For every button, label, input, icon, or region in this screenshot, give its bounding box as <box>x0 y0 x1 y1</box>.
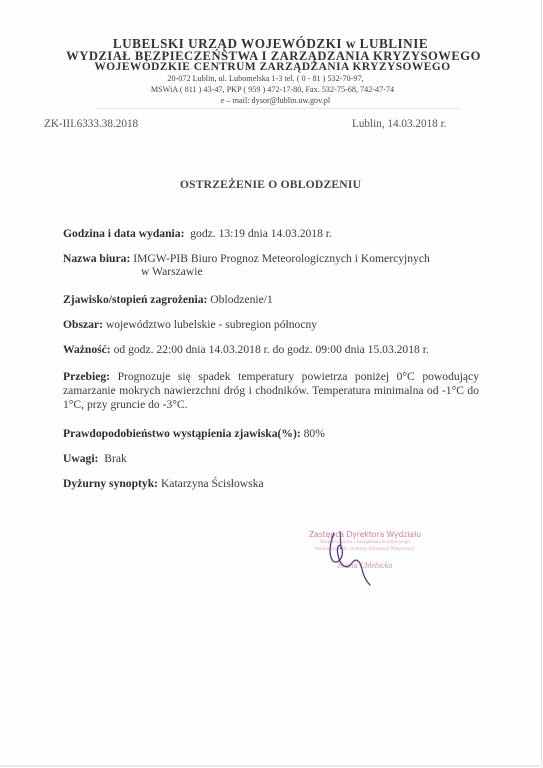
field-label: Nazwa biura: <box>63 252 130 265</box>
field-label: Godzina i data wydania: <box>63 227 184 240</box>
header-address: 20-072 Lublin, ul. Lubomelska 1-3 tel. (… <box>0 74 541 83</box>
header-phones: MSWiA ( 811 ) 43-47, PKP ( 959 ) 472-17-… <box>4 85 541 94</box>
signature-icon <box>300 527 430 587</box>
place-date: Lublin, 14.03.2018 r. <box>352 118 446 130</box>
field-value: od godz. 22:00 dnia 14.03.2018 r. do god… <box>114 343 429 356</box>
field-office: Nazwa biura: IMGW-PIB Biuro Prognoz Mete… <box>63 252 483 278</box>
header-divider <box>95 108 460 109</box>
field-remarks: Uwagi: Brak <box>63 452 127 465</box>
field-value: 80% <box>304 427 325 440</box>
document-page: LUBELSKI URZĄD WOJEWÓDZKI w LUBLINIE WYD… <box>0 0 542 767</box>
field-value: Katarzyna Ścisłowska <box>161 477 264 490</box>
field-forecaster: Dyżurny synoptyk: Katarzyna Ścisłowska <box>63 477 264 490</box>
field-value: Oblodzenie/1 <box>210 293 272 306</box>
field-probability: Prawdopodobieństwo wystąpienia zjawiska(… <box>63 427 325 440</box>
field-area: Obszar: województwo lubelskie - subregio… <box>63 318 317 331</box>
field-value: IMGW-PIB Biuro Prognoz Meteorologicznych… <box>133 252 430 265</box>
field-validity: Ważność: od godz. 22:00 dnia 14.03.2018 … <box>63 343 429 356</box>
field-value: Prognozuje się spadek temperatury powiet… <box>63 370 479 411</box>
header-email: e – mail: dysor@lublin.uw.gov.pl <box>10 96 541 105</box>
field-label: Obszar: <box>63 318 103 331</box>
field-value-continued: w Warszawie <box>63 265 483 278</box>
field-label: Ważność: <box>63 343 111 356</box>
field-issue-time: Godzina i data wydania: godz. 13:19 dnia… <box>63 227 332 240</box>
field-label: Prawdopodobieństwo wystąpienia zjawiska(… <box>63 427 301 440</box>
field-label: Dyżurny synoptyk: <box>63 477 158 490</box>
field-label: Przebieg: <box>63 370 110 383</box>
field-phenomenon: Zjawisko/stopień zagrożenia: Oblodzenie/… <box>63 293 273 306</box>
field-value: godz. 13:19 dnia 14.03.2018 r. <box>190 227 332 240</box>
field-value: województwo lubelskie - subregion północ… <box>106 318 317 331</box>
field-label: Uwagi: <box>63 452 98 465</box>
field-value: Brak <box>104 452 127 465</box>
field-course: Przebieg: Prognozuje się spadek temperat… <box>63 370 479 412</box>
reference-number: ZK-III.6333.38.2018 <box>44 118 138 130</box>
field-label: Zjawisko/stopień zagrożenia: <box>63 293 207 306</box>
header-center: WOJEWÓDZKIE CENTRUM ZARZĄDZANIA KRYZYSOW… <box>4 61 541 73</box>
document-title: OSTRZEŻENIE O OBLODZENIU <box>0 178 541 191</box>
